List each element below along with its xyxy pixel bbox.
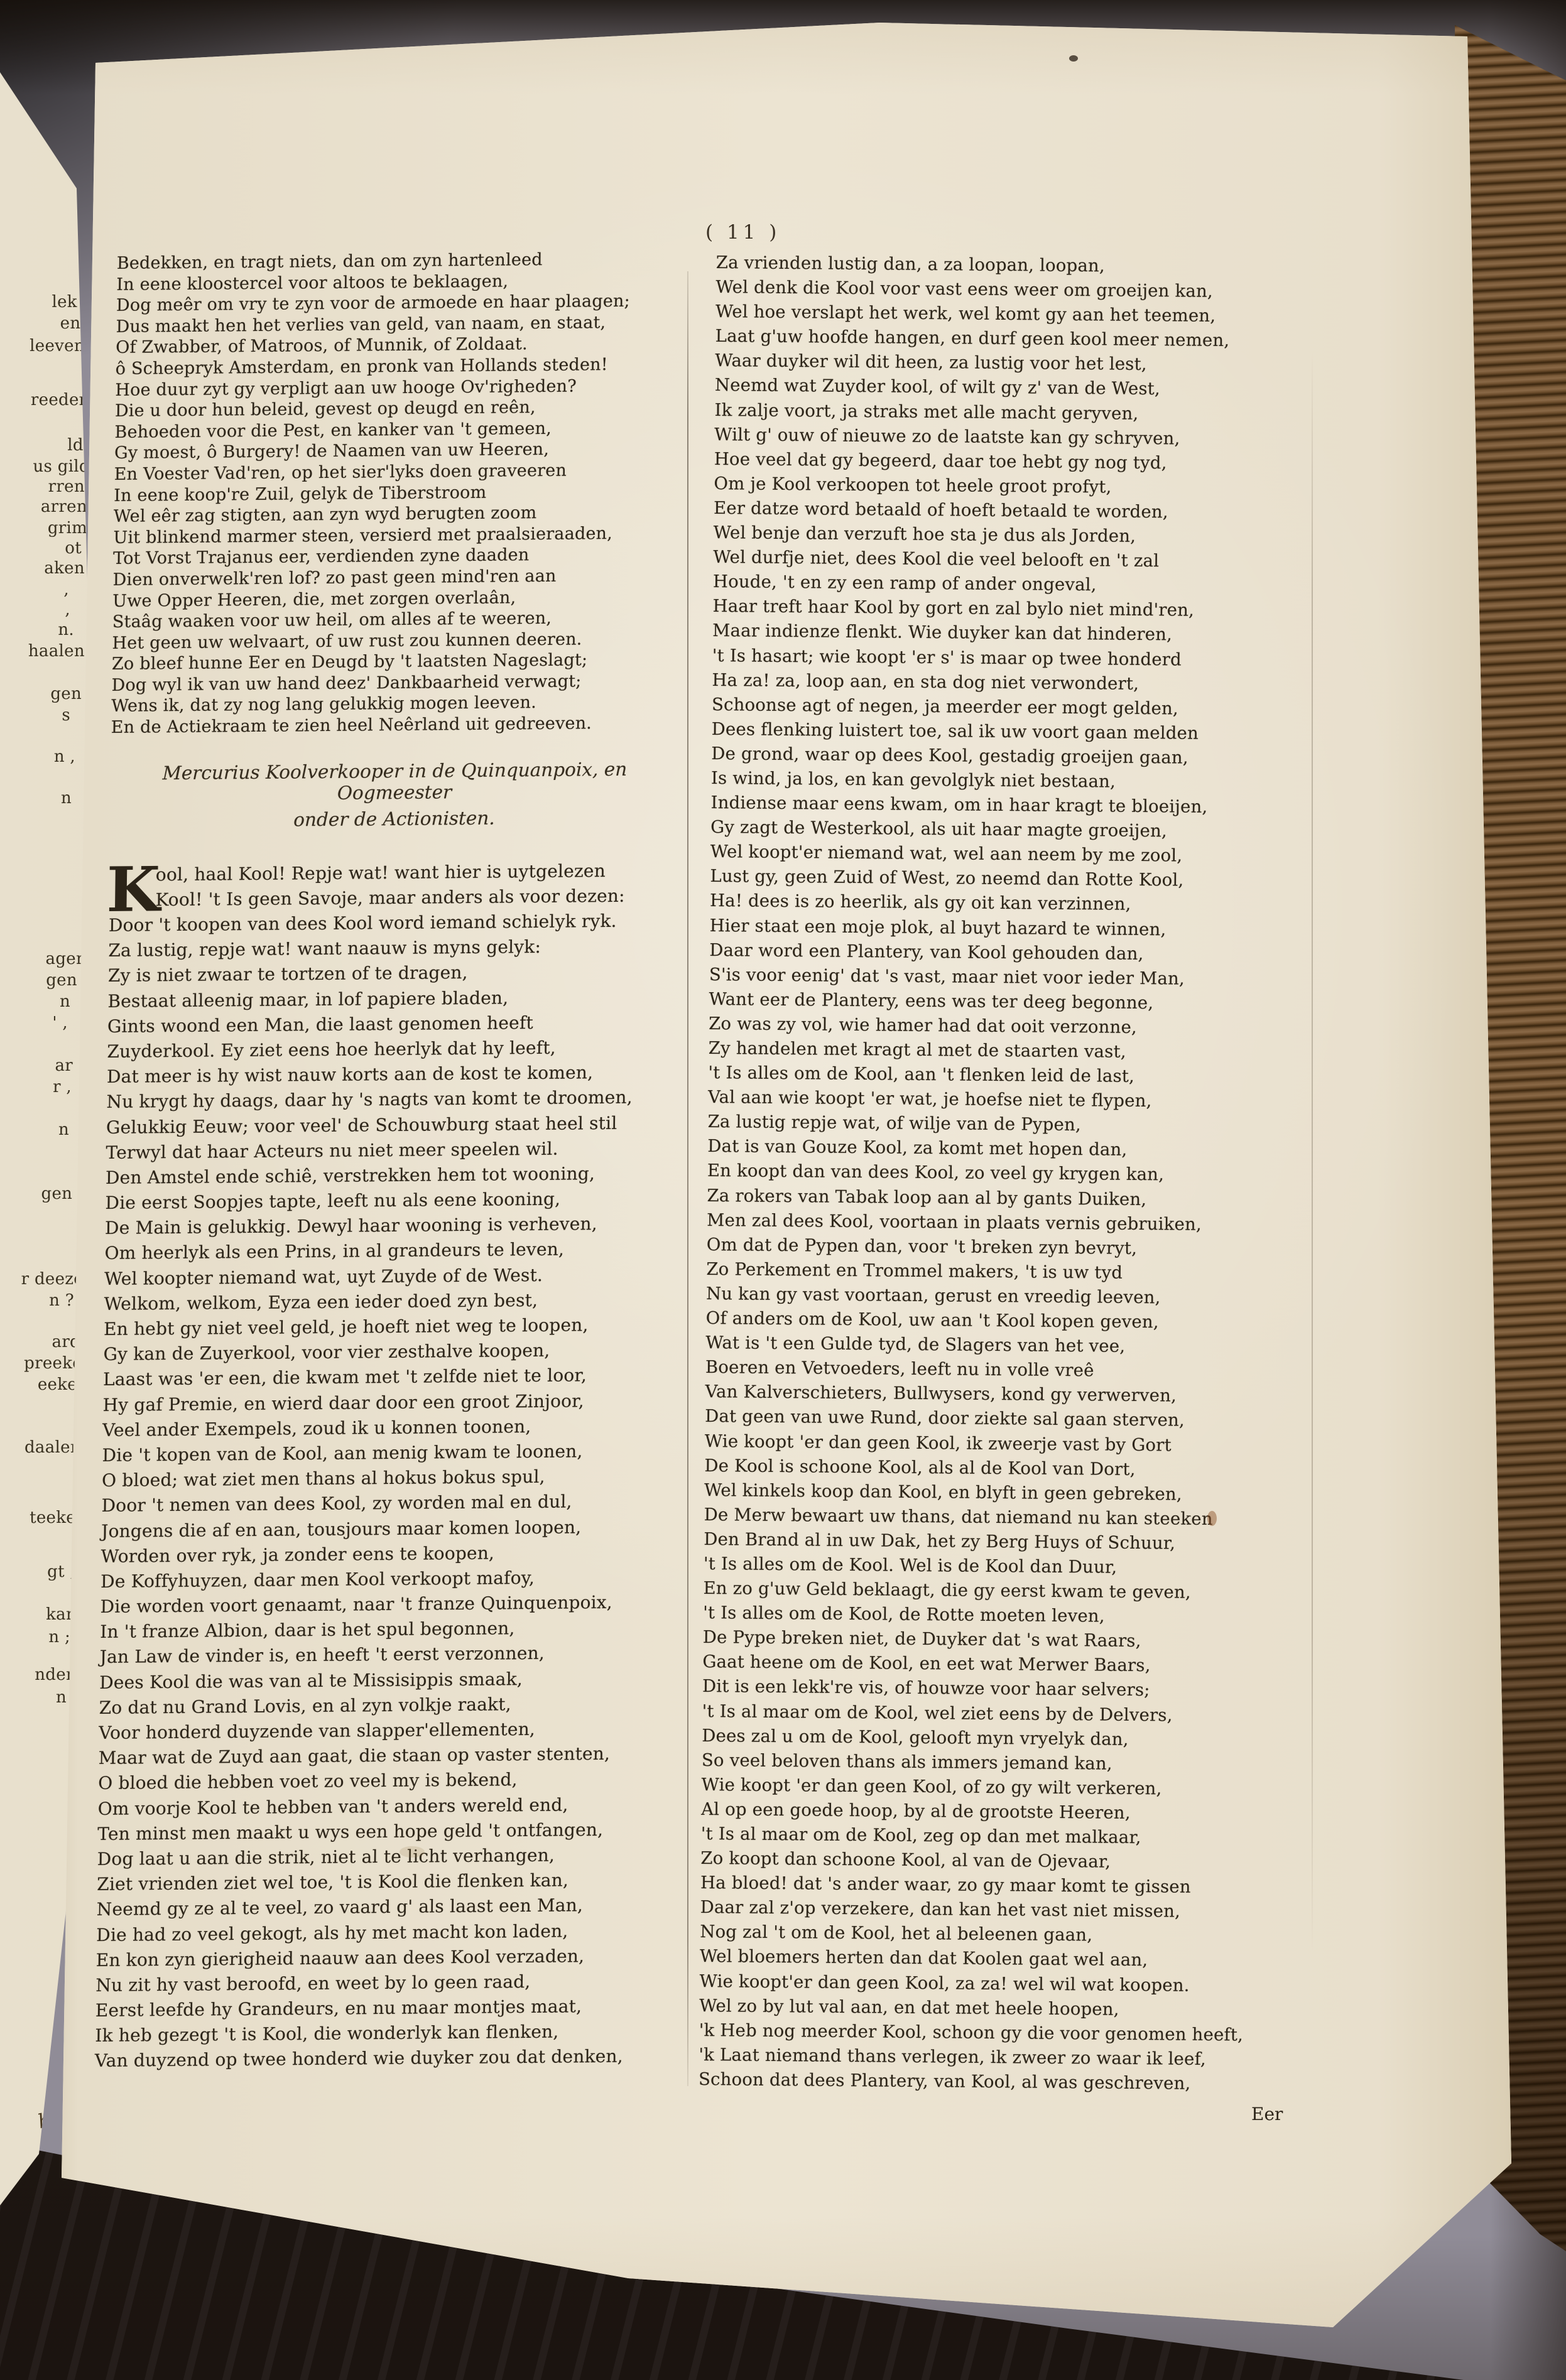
previous-page-fragment: gen , xyxy=(0,971,88,990)
previous-page-fragment: lek , xyxy=(0,293,88,311)
previous-page-fragment: n , xyxy=(0,747,75,766)
kool-poem: K ool, haal Kool! Repje wat! want hier i… xyxy=(95,860,678,2076)
previous-page-fragment: n xyxy=(0,1688,67,1707)
previous-page-fragment: en ; xyxy=(0,314,92,333)
poem-heading: Mercurius Koolverkooper in de Quinquanpo… xyxy=(110,758,679,832)
left-column: Bedekken, en tragt niets, dan om zyn har… xyxy=(95,249,686,2076)
heading-line-2: onder de Actionisten. xyxy=(110,806,679,832)
heading-line-1: Mercurius Koolverkooper in de Quinquanpo… xyxy=(110,758,679,806)
ink-speck xyxy=(1069,55,1078,62)
poem-line: En de Actiekraam te zien heel Neêrland u… xyxy=(111,713,680,738)
previous-page-fragment: , xyxy=(0,580,69,599)
previous-page-fragment: n ; xyxy=(0,1628,70,1647)
book-photograph: lek ,en ;leeven ,reeden !ld ,us gild ,rr… xyxy=(0,0,1566,2380)
right-column-edge-rule xyxy=(1312,352,1313,1953)
previous-page-fragment: ot xyxy=(0,539,82,558)
previous-page-fragment: ld , xyxy=(0,436,94,455)
previous-page-fragment: rren , xyxy=(0,477,95,496)
previous-page-fragment: r , xyxy=(0,1078,72,1096)
previous-page-fragment: gt , xyxy=(0,1562,75,1581)
faint-stain xyxy=(400,1846,425,1858)
previous-page-fragment: kan xyxy=(0,1605,77,1624)
poem-line: Schoon dat dees Plantery, van Kool, al w… xyxy=(699,2069,1292,2099)
catchword: Eer xyxy=(1251,2104,1283,2124)
previous-page-fragment: arren , xyxy=(0,497,98,516)
previous-page-fragment: n xyxy=(0,992,70,1011)
previous-page-fragment: gen ? xyxy=(0,1184,87,1203)
rust-stain xyxy=(1207,1511,1217,1526)
previous-page-fragment: aken , xyxy=(0,559,95,578)
poem-line: Van duyzend op twee honderd wie duyker z… xyxy=(95,2046,664,2076)
previous-page-fragment: n ? xyxy=(0,1291,74,1310)
right-column: Za vrienden lustig dan, a za loopan, loo… xyxy=(699,252,1310,2099)
poem-continuation: Bedekken, en tragt niets, dan om zyn har… xyxy=(111,249,686,739)
previous-page-fragment: , xyxy=(0,600,70,619)
book-page: ( 11 ) Bedekken, en tragt niets, dan om … xyxy=(0,0,1566,2380)
previous-page-fragment: n xyxy=(0,1120,69,1139)
previous-page-fragment: n xyxy=(0,789,72,808)
kool-poem-lines: ool, haal Kool! Repje wat! want hier is … xyxy=(95,860,678,2076)
previous-page-fragment: ' , xyxy=(0,1014,68,1032)
drop-cap-initial: K xyxy=(106,864,160,916)
previous-page-fragment: gen xyxy=(0,684,82,703)
column-divider-rule xyxy=(687,271,688,2086)
previous-page-fragment: s xyxy=(0,706,70,725)
previous-page-fragment: nden xyxy=(0,1665,77,1684)
previous-page-fragment: haalen , xyxy=(0,642,95,661)
previous-page-fragment: ard xyxy=(0,1333,80,1351)
previous-page-fragment: agen xyxy=(0,949,87,968)
previous-page-fragment: n. xyxy=(0,620,74,639)
previous-page-fragment: ar xyxy=(0,1056,73,1075)
page-number: ( 11 ) xyxy=(705,221,780,244)
previous-page-fragment: grimd xyxy=(0,519,98,538)
